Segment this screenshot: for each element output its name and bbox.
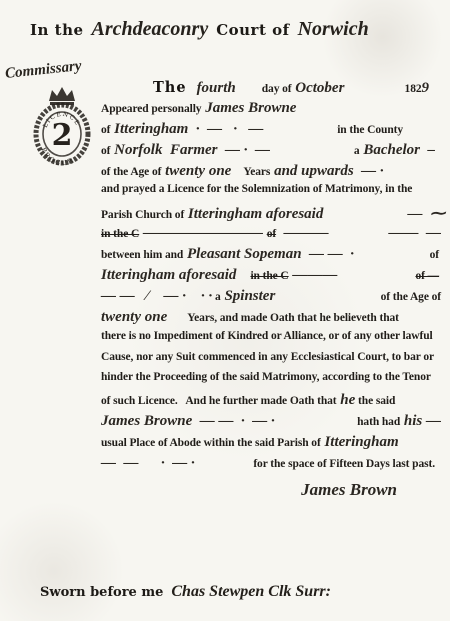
printed-text: usual Place of Abode within the said Par… (101, 437, 321, 449)
handwritten-text: James Brown (301, 480, 397, 500)
form-line: — — ⁄ — · · · a Spinsterof the Age of (101, 288, 445, 309)
form-line: James Brown (101, 480, 445, 501)
form-line: of the Age of twenty oneYears and upward… (101, 163, 445, 184)
printed-text: of (101, 145, 110, 157)
printed-gothic-text: The (153, 79, 187, 96)
printed-text: of (101, 124, 110, 136)
handwritten-text: twenty one (161, 163, 231, 180)
handwritten-dashes: —— — (389, 225, 442, 242)
handwritten-text: his — (400, 413, 441, 430)
margin-annotation-commissary: Commissary (4, 58, 82, 83)
form-line: twenty oneYears, and made Oath that he b… (101, 309, 445, 330)
form-line: between him and Pleasant Sopeman — — ·of (101, 246, 445, 267)
sworn-before-me-label: Sworn before me (40, 585, 163, 600)
printed-text: of such Licence. And he further made Oat… (101, 395, 337, 407)
officiant-signature: Chas Stewpen Clk Surr: (163, 583, 331, 601)
handwritten-dashes: — ⁓ (396, 204, 445, 223)
handwritten-text: Bachelor – (360, 142, 435, 159)
form-line: there is no Impediment of Kindred or All… (101, 330, 445, 351)
handwritten-dashes: — — · — · (101, 455, 195, 472)
printed-text: and prayed a Licence for the Solemnizati… (101, 183, 412, 195)
printed-struck-text: of (267, 228, 276, 240)
printed-text: of the Age of (381, 291, 441, 303)
printed-text: Years (243, 166, 270, 178)
form-line: Thefourthday of October1829 (101, 79, 445, 100)
printed-struck-text: in the C (101, 228, 139, 240)
printed-text: hinder the Proceeding of the said Matrim… (101, 371, 431, 383)
stamp-duty-digit: 2 (52, 118, 73, 153)
header-handwritten-court-name: Archdeaconry (84, 18, 217, 41)
printed-text: of (430, 249, 439, 261)
printed-text: between him and (101, 249, 183, 261)
printed-text: Cause, nor any Suit commenced in any Ecc… (101, 351, 434, 363)
printed-struck-text: in the C (250, 270, 288, 282)
handwritten-text: Itteringham (321, 434, 399, 451)
handwritten-dashes: ——— (289, 267, 338, 284)
handwritten-dashes: — · — (200, 121, 264, 138)
allegation-form-body: Thefourthday of October1829Appeared pers… (101, 79, 445, 501)
handwritten-text: and upwards — · (270, 163, 383, 180)
printed-text: there is no Impediment of Kindred or All… (101, 330, 433, 342)
form-line: — — · — ·for the space of Fifteen Days l… (101, 455, 445, 476)
handwritten-text: twenty one (101, 309, 167, 326)
printed-text: Parish Church of (101, 209, 184, 221)
printed-text: 182 (405, 83, 422, 95)
crown-icon (49, 87, 75, 105)
form-line: of such Licence. And he further made Oat… (101, 392, 445, 413)
handwritten-dashes: ———————— (139, 225, 267, 242)
handwritten-dashes: — — ⁄ — · · · (101, 288, 212, 305)
printed-text: in the County (337, 124, 403, 136)
handwritten-text: fourth (197, 80, 236, 97)
handwritten-text: Itteringham · (110, 121, 199, 138)
form-line: Cause, nor any Suit commenced in any Ecc… (101, 351, 445, 372)
handwritten-text: Itteringham aforesaid (184, 206, 323, 223)
court-header: In the Archdeaconry Court of Norwich (30, 18, 377, 41)
form-line: Parish Church of Itteringham aforesaid —… (101, 204, 445, 225)
form-line: and prayed a Licence for the Solemnizati… (101, 183, 445, 204)
printed-text: Years, and made Oath that he believeth t… (187, 312, 399, 324)
header-printed-text: Court of (216, 21, 289, 39)
printed-text: hath had (357, 416, 400, 428)
printed-text: for the space of Fifteen Days last past. (253, 458, 435, 470)
printed-struck-text: of — (415, 270, 439, 282)
form-line: of Itteringham · — · —in the County (101, 121, 445, 142)
header-handwritten-place: Norwich (290, 18, 377, 41)
handwritten-text: Itteringham aforesaid (101, 267, 236, 284)
duty-stamp-icon: LICENCE PROCUR 2 (24, 84, 100, 170)
printed-text: of the Age of (101, 166, 161, 178)
form-line: of Norfolk Farmer — · —a Bachelor – (101, 142, 445, 163)
form-line: Appeared personally James Browne (101, 100, 445, 121)
sworn-attestation-row: Sworn before me Chas Stewpen Clk Surr: (40, 583, 331, 601)
form-line: usual Place of Abode within the said Par… (101, 434, 445, 455)
handwritten-text: Norfolk Farmer — · (110, 142, 247, 159)
handwritten-dashes: ——— (276, 225, 329, 242)
handwritten-text: he (337, 392, 356, 409)
handwritten-dashes: — (247, 142, 270, 159)
handwritten-text: Pleasant Sopeman — — · (183, 246, 354, 263)
printed-text: Appeared personally (101, 103, 201, 115)
handwritten-text: October (292, 80, 345, 97)
header-printed-text: In the (30, 21, 84, 39)
form-line: in the C ———————— of ————— — (101, 225, 445, 246)
document-page: In the Archdeaconry Court of Norwich Com… (0, 0, 450, 621)
printed-text: day of (262, 83, 292, 95)
form-line: hinder the Proceeding of the said Matrim… (101, 371, 445, 392)
handwritten-text: Spinster (221, 288, 276, 305)
handwritten-text: James Browne (201, 100, 296, 117)
form-line: Itteringham aforesaidin the C ———of — (101, 267, 445, 288)
handwritten-text: James Browne — — · — · (101, 413, 275, 430)
handwritten-text: 9 (422, 80, 430, 97)
printed-text: a (212, 291, 220, 303)
form-line: James Browne — — · — ·hath had his — (101, 413, 445, 434)
printed-text: the said (355, 395, 395, 407)
